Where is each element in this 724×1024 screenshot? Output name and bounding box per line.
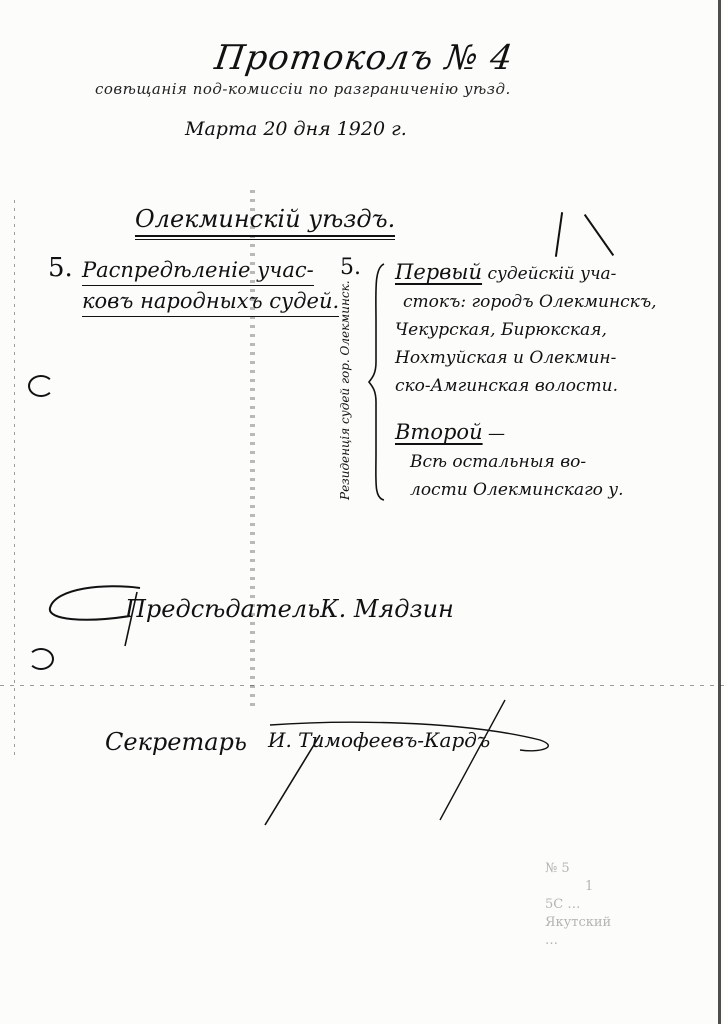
signature-flourish-icon: [240, 695, 570, 835]
stamp-line: № 5: [545, 860, 715, 878]
page-annotation-stroke: [584, 214, 614, 256]
item-title: Распредѣленіе учас- ковъ народныхъ судей…: [82, 255, 339, 317]
document-subtitle: совѣщанія под-комиссіи по разграниченію …: [95, 80, 511, 98]
district-heading: Олекминскій уѣздъ.: [135, 205, 395, 237]
fold-mark-horizontal: [0, 685, 724, 686]
district-line: Нохтуйская и Олекмин-: [395, 344, 657, 372]
signature-chairman-name: К. Мядзин: [320, 595, 454, 623]
district-line: стокъ: городъ Олекминскъ,: [395, 288, 657, 316]
page-annotation-mark: [555, 212, 563, 257]
curly-brace-icon: [368, 262, 386, 502]
faded-stamp: № 5 1 5С … Якутский …: [545, 860, 715, 1010]
district-line: Чекурская, Бирюкская,: [395, 316, 657, 344]
document-page: Протоколъ № 4 совѣщанія под-комиссіи по …: [0, 0, 724, 1024]
document-date: Марта 20 дня 1920 г.: [185, 118, 407, 140]
district-line: лости Олекминскаго у.: [395, 476, 624, 504]
margin-item-number: 5.: [340, 255, 361, 280]
stamp-line: 5С …: [545, 896, 715, 914]
item-title-line: ковъ народныхъ судей.: [82, 286, 339, 317]
district-second-heading: Второй: [395, 420, 483, 444]
punch-hole-icon: [28, 375, 54, 397]
left-edge-mark: [14, 200, 15, 760]
stamp-line: 1: [545, 878, 715, 896]
punch-hole-icon: [28, 648, 54, 670]
district-line: судейскій уча-: [487, 264, 616, 284]
document-title: Протоколъ № 4: [212, 38, 516, 78]
district-first-heading: Первый: [395, 260, 482, 284]
district-line: ско-Амгинская волости.: [395, 372, 657, 400]
district-line: Всѣ остальныя во-: [395, 448, 624, 476]
signature-chairman-role: Предсѣдатель: [125, 595, 320, 623]
stamp-line: …: [545, 932, 715, 950]
district-first: Первый судейскій уча- стокъ: городъ Олек…: [395, 258, 657, 400]
signature-secretary-role: Секретарь: [105, 728, 247, 756]
right-edge-border: [718, 0, 721, 1024]
stamp-line: Якутский: [545, 914, 715, 932]
district-second: Второй — Всѣ остальныя во- лости Олекмин…: [395, 418, 624, 504]
item-title-line: Распредѣленіе учас-: [82, 255, 314, 286]
margin-note-residence: Резиденція судей гор. Олекминск.: [338, 280, 352, 500]
item-number: 5.: [48, 253, 73, 283]
